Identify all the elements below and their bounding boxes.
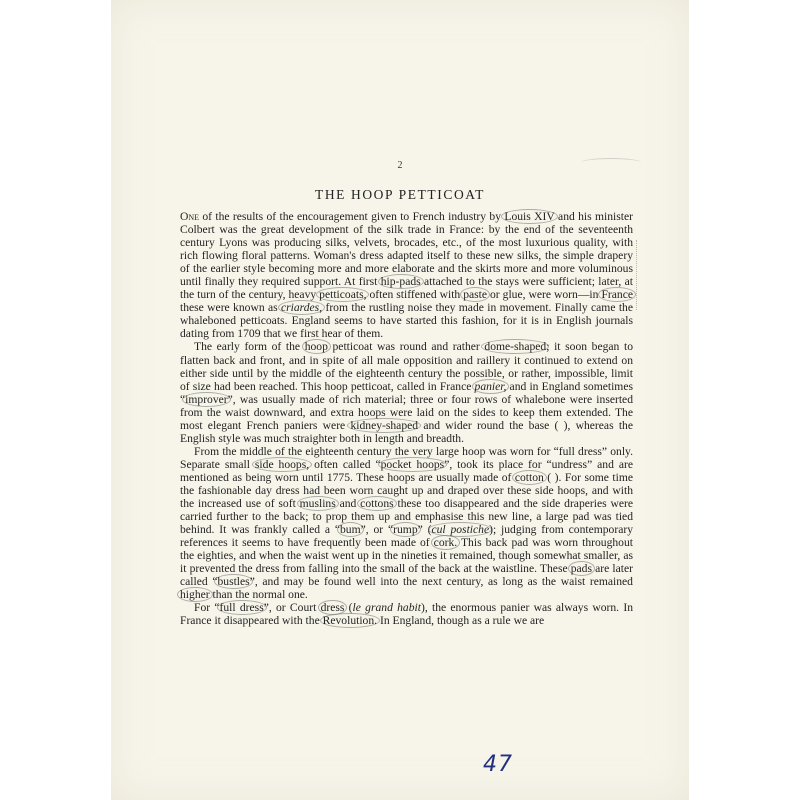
pencil-circled-word: criardes,	[278, 300, 325, 315]
paragraph: For “full dress”, or Court dress (le gra…	[180, 601, 633, 627]
text-run: of the results of the encouragement give…	[199, 210, 504, 223]
text-run: In England, though as a rule we are	[377, 614, 544, 627]
body-text: One of the results of the encouragement …	[180, 210, 633, 628]
pencil-circled-word: kidney-shaped	[347, 418, 421, 433]
pencil-circled-word: panier,	[472, 379, 510, 394]
text-run: these were known as	[180, 301, 281, 314]
text-run: ”, or Court	[264, 601, 321, 614]
text-run: ”, or “	[361, 523, 394, 536]
text-run: or glue, were worn—in	[487, 288, 601, 301]
drop-word: One	[180, 210, 199, 223]
pencil-circled-word: pocket hoops	[378, 457, 448, 472]
pencil-circled-word: cottons	[357, 496, 397, 511]
pencil-circled-word: side hoops,	[252, 457, 312, 472]
pencil-circled-word: dome-shaped	[481, 339, 549, 354]
text-run: For “	[194, 601, 220, 614]
paragraph: From the middle of the eighteenth centur…	[180, 445, 633, 602]
handwritten-page-number: 47	[483, 752, 513, 777]
pencil-circled-word: cotton	[512, 470, 547, 485]
text-run: ”, and may be found well into the next c…	[250, 575, 633, 588]
paragraph: One of the results of the encouragement …	[180, 210, 633, 340]
pencil-circled-word: rump	[390, 522, 420, 537]
pencil-circled-word: hoop	[302, 339, 331, 354]
text-run: often called “	[309, 458, 380, 471]
text-run: than the normal one.	[210, 588, 308, 601]
text-run: petticoat was round and rather	[328, 340, 485, 353]
document-page: 2 THE HOOP PETTICOAT One of the results …	[111, 0, 689, 800]
pencil-circled-word: Louis XIV	[501, 209, 557, 224]
italic-term: le grand habit	[353, 601, 421, 614]
page-number: 2	[111, 160, 689, 171]
paragraph: The early form of the hoop petticoat was…	[180, 340, 633, 444]
pencil-circled-word: muslins	[297, 496, 339, 511]
text-run: (	[344, 601, 352, 614]
pencil-circled-word: bum	[337, 522, 364, 537]
chapter-title: THE HOOP PETTICOAT	[111, 187, 689, 203]
pencil-circled-word: hip-pads	[378, 274, 424, 289]
margin-pencil-mark	[636, 240, 640, 310]
text-run: often stiffened with	[366, 288, 463, 301]
pencil-circled-word: Revolution.	[320, 613, 380, 628]
text-run: The early form of the	[194, 340, 305, 353]
pencil-circled-word: improver	[182, 392, 231, 407]
pencil-circled-word: cork.	[431, 535, 461, 550]
